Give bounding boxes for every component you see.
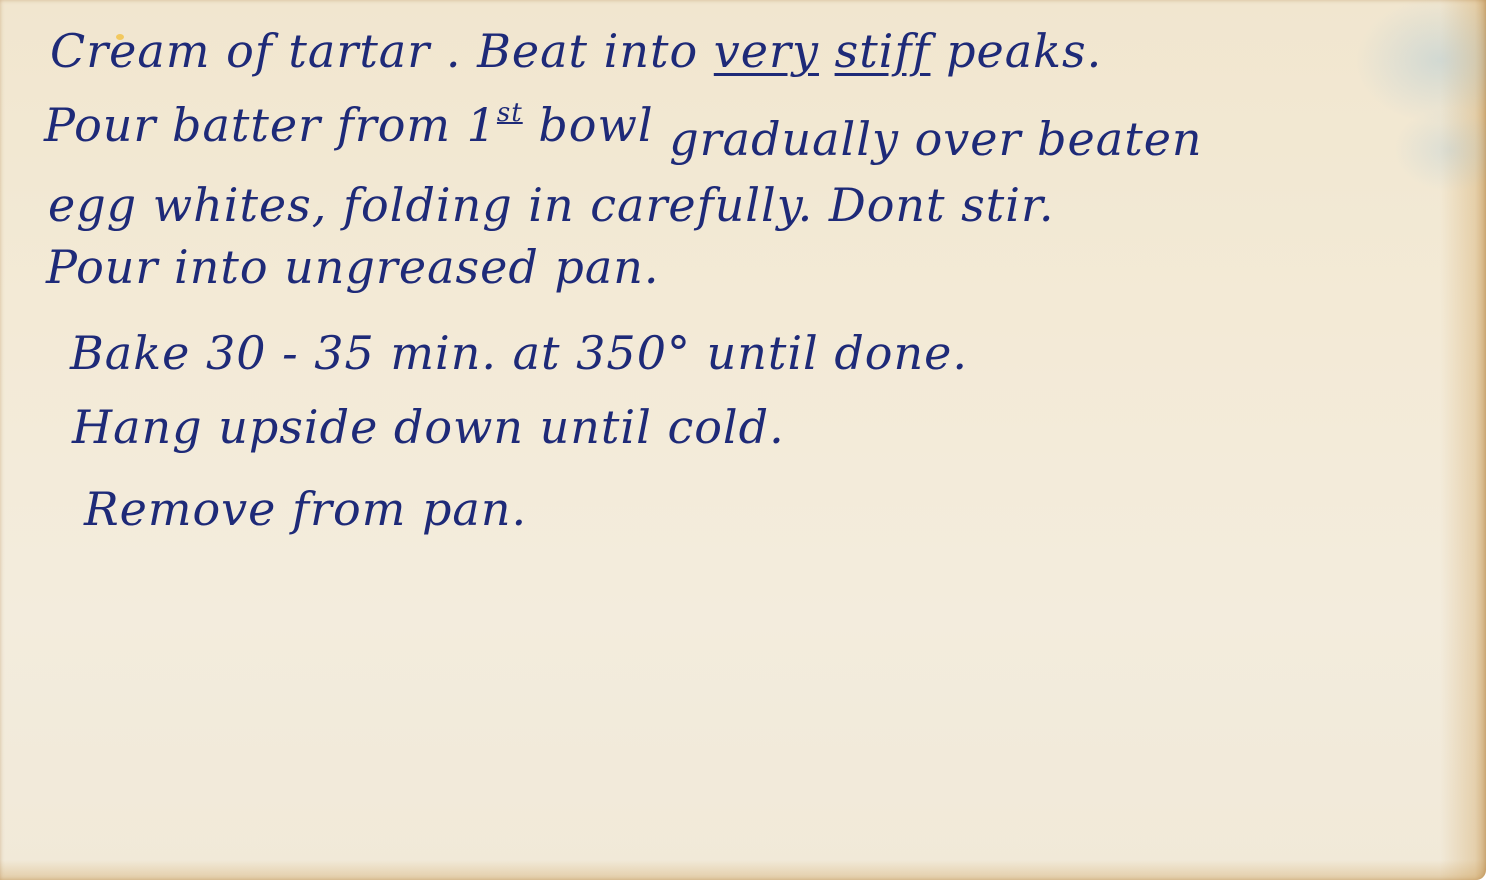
recipe-text: peaks. bbox=[930, 24, 1102, 78]
recipe-line-7: Remove from pan. bbox=[84, 486, 527, 532]
recipe-line-1: Cream of tartar . Beat into very stiff p… bbox=[50, 28, 1102, 74]
recipe-text: Pour batter from 1 bbox=[44, 98, 497, 152]
recipe-line-4: Pour into ungreased pan. bbox=[46, 244, 660, 290]
recipe-text: Cream of tartar . Beat into bbox=[50, 24, 714, 78]
underlined-word-stiff: stiff bbox=[835, 24, 931, 78]
underlined-word-very: very bbox=[714, 24, 819, 78]
recipe-line-6: Hang upside down until cold. bbox=[72, 404, 785, 450]
recipe-text: gradually over beaten bbox=[669, 112, 1202, 166]
recipe-line-2: Pour batter from 1st bowl gradually over… bbox=[44, 100, 1203, 148]
ordinal-superscript: st bbox=[497, 98, 523, 128]
recipe-line-5: Bake 30 - 35 min. at 350° until done. bbox=[70, 330, 968, 376]
recipe-card: Cream of tartar . Beat into very stiff p… bbox=[0, 0, 1486, 880]
spacer bbox=[819, 24, 835, 78]
recipe-line-3: egg whites, folding in carefully. Dont s… bbox=[48, 182, 1055, 228]
recipe-text: bowl bbox=[523, 98, 669, 152]
